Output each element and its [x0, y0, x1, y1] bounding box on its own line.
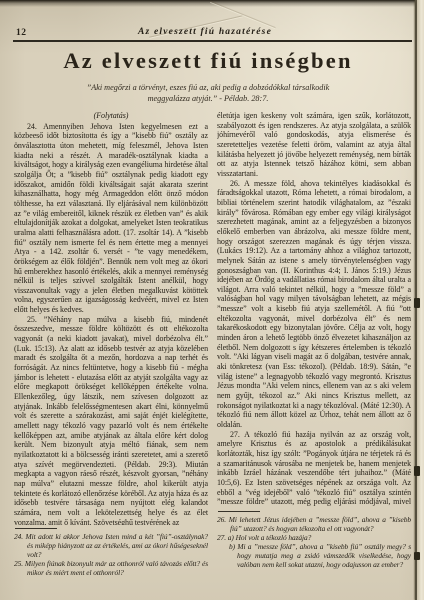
- left-footnotes: 24. Mit adott ki akkor Jehova Isten mind…: [14, 528, 208, 578]
- edge-mark: [414, 466, 420, 476]
- paragraph-27: 27. A tékozló fiú hazája nyilván az az o…: [217, 430, 411, 508]
- left-column: (Folytatás) 24. Amennyiben Jehova Isten …: [14, 111, 208, 600]
- quote-line-2: meggyalázza atyját.” - Példab. 28:7.: [148, 94, 269, 103]
- footnote-question-27b: b) Mi a ”messze föld”, ahova a ”kisebb f…: [217, 543, 411, 570]
- right-footnotes: 26. Mi lehetett Jézus idejében a ”messze…: [217, 511, 411, 569]
- paragraph-24: 24. Amennyiben Jehova Isten kegyelmesen …: [14, 122, 208, 315]
- footnote-question-26: 26. Mi lehetett Jézus idejében a ”messze…: [217, 516, 411, 534]
- article-title: Az elveszett fiú inségben: [0, 48, 416, 74]
- paragraph-26: 26. A messze föld, ahova tekintélyes kia…: [217, 179, 411, 430]
- footnote-question-25: 25. Milyen fiúnak bizonyult már az ottho…: [14, 560, 208, 578]
- header-rule: [13, 40, 412, 42]
- paragraph-25-continued: életútja igen keskeny volt számára, igen…: [217, 111, 411, 179]
- right-column: életútja igen keskeny volt számára, igen…: [217, 111, 411, 600]
- edge-mark: [414, 298, 420, 308]
- continuation-label: (Folytatás): [14, 111, 208, 121]
- right-column-text: életútja igen keskeny volt számára, igen…: [217, 111, 411, 508]
- scanned-document-page: 12 Az elveszett fiú hazatérése Az elvesz…: [0, 0, 424, 600]
- edge-mark: [414, 552, 420, 560]
- text-columns: (Folytatás) 24. Amennyiben Jehova Isten …: [14, 111, 412, 600]
- footnote-question-24: 24. Mit adott ki akkor Jehova Isten mind…: [14, 533, 208, 560]
- paragraph-25: 25. ”Néhány nap múlva a kisebb fiú, mind…: [14, 315, 208, 525]
- footnote-rule: [15, 528, 57, 529]
- scripture-quote: ”Aki megőrzi a törvényt, eszes fiú az, a…: [30, 82, 386, 104]
- left-column-text: (Folytatás) 24. Amennyiben Jehova Isten …: [14, 111, 208, 525]
- quote-line-1: ”Aki megőrzi a törvényt, eszes fiú az, a…: [87, 83, 330, 92]
- footnote-rule: [218, 511, 260, 512]
- running-header-title: Az elveszett fiú hazatérése: [0, 27, 410, 37]
